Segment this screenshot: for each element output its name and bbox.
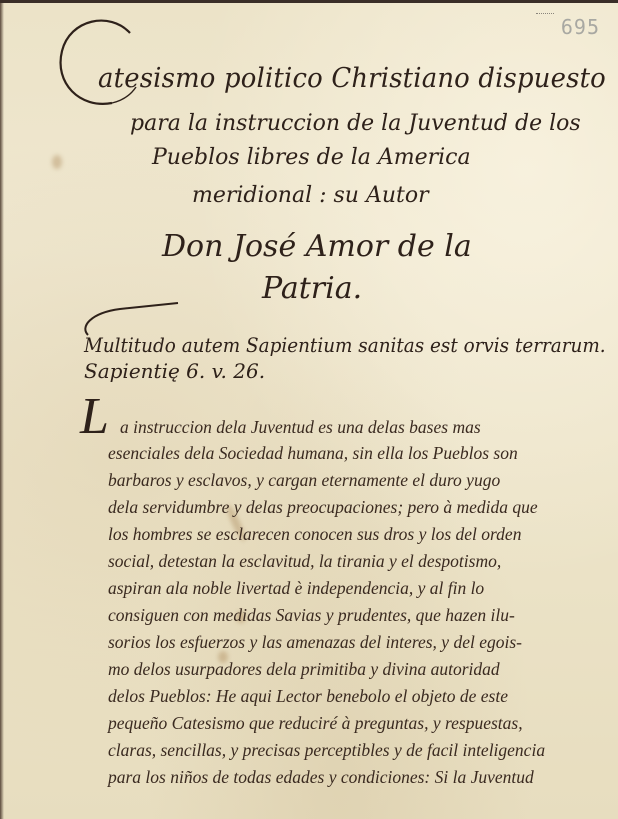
body-line: delos Pueblos: He aqui Lector benebolo e… <box>108 686 508 707</box>
title-line-1-text: atesismo politico Christiano dispuesto <box>98 63 606 94</box>
body-line: pequeño Catesismo que reduciré à pregunt… <box>108 713 523 734</box>
ink-stain <box>52 155 62 169</box>
title-line-3: Pueblos libres de la America <box>152 145 471 170</box>
title-line-2: para la instruccion de la Juventud de lo… <box>130 111 581 136</box>
manuscript-page: 695 atesismo politico Christiano dispues… <box>0 3 618 819</box>
title-line-1: atesismo politico Christiano dispuesto <box>98 63 606 94</box>
body-line: barbaros y esclavos, y cargan eternament… <box>108 470 500 491</box>
body-line: esenciales dela Sociedad humana, sin ell… <box>108 443 518 464</box>
title-line-4: meridional : su Autor <box>192 183 429 208</box>
body-line: a instruccion dela Juventud es una delas… <box>120 417 481 438</box>
body-line: mo delos usurpadores dela primitiba y di… <box>108 659 500 680</box>
body-line: aspiran ala noble livertad è independenc… <box>108 578 484 599</box>
folio-number: 695 <box>561 15 600 39</box>
folio-mark <box>536 13 554 14</box>
author-line-2: Patria. <box>262 271 362 306</box>
body-drop-cap: L <box>80 391 109 443</box>
epigraph-line-1: Multitudo autem Sapientium sanitas est o… <box>84 333 606 357</box>
body-line: consiguen con medidas Savias y prudentes… <box>108 605 515 626</box>
author-line-1: Don José Amor de la <box>162 229 472 264</box>
body-line: claras, sencillas, y precisas perceptibl… <box>108 740 545 761</box>
body-line: para los niños de todas edades y condici… <box>108 767 534 788</box>
body-line: social, detestan la esclavitud, la tiran… <box>108 551 501 572</box>
body-line: sorios los esfuerzos y las amenazas del … <box>108 632 522 653</box>
body-line: los hombres se esclarecen conocen sus dr… <box>108 524 521 545</box>
epigraph-line-2: Sapientię 6. v. 26. <box>84 359 265 383</box>
body-line: dela servidumbre y delas preocupaciones;… <box>108 497 538 518</box>
